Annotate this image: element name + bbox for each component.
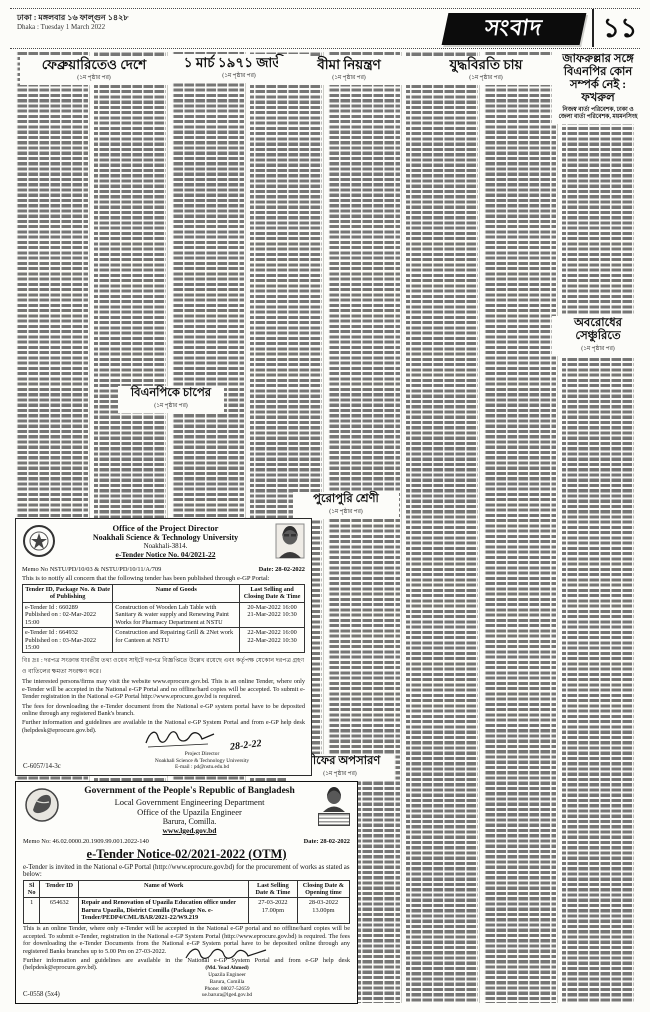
dateline-english: Dhaka : Tuesday 1 March 2022 <box>17 23 128 32</box>
notice2-tender-table: Sl No Tender ID Name of Work Last Sellin… <box>23 880 350 924</box>
body-text-column <box>406 52 478 1003</box>
mujib-100-badge <box>318 813 350 826</box>
masthead-logo: সংবাদ <box>442 13 587 45</box>
continued-note: (১ম পৃষ্ঠার পর) <box>416 73 556 83</box>
notice1-signature-block: 28-2-22 Project Director Noakhali Scienc… <box>127 727 277 771</box>
body-text-column <box>484 52 556 1003</box>
notice1-memo-row: Memo No NSTU/PD/10/03 & NSTU/PD/10/11/A/… <box>22 566 305 573</box>
page-number: ১১ <box>597 9 643 47</box>
table-header-row: Tender ID, Package No. & Date of Publish… <box>23 585 305 603</box>
col-header: Closing Date & Opening time <box>297 880 349 898</box>
table-header-row: Sl No Tender ID Name of Work Last Sellin… <box>24 880 350 898</box>
col-header: Sl No <box>24 880 40 898</box>
notice2-header: Government of the People's Republic of B… <box>23 786 350 836</box>
col-header: Tender ID, Package No. & Date of Publish… <box>23 585 113 603</box>
dateline: ঢাকা : মঙ্গলবার ১৬ ফাল্গুন ১৪২৮ Dhaka : … <box>17 13 128 32</box>
continued-note: (১ম পৃষ্ঠার পর) <box>119 401 223 411</box>
headline-bnp-ke-chaper: বিএনপিকে চাপের (১ম পৃষ্ঠার পর) <box>118 386 224 413</box>
top-dotted-rule <box>10 8 640 9</box>
notice1-org-block: Office of the Project Director Noakhali … <box>56 523 275 560</box>
headline-zafrullah-bnp-fakhrul: জাফরুল্লার সঙ্গে বিএনপির কোন সম্পর্ক নেই… <box>552 52 644 124</box>
notice1-tender-table: Tender ID, Package No. & Date of Publish… <box>22 584 305 653</box>
signer-line: E-mail : pd@nstu.edu.bd <box>127 764 277 771</box>
lged-logo-icon <box>23 786 61 829</box>
signer-line: ue.barura@lged.gov.bd <box>157 992 297 999</box>
headline-title: পুরোপুরি শ্রেণী <box>294 493 398 506</box>
org-line: Local Government Engineering Department <box>64 797 315 807</box>
goods-cell: Construction of Wooden Lab Table with Sa… <box>113 602 240 627</box>
notice2-memo-row: Memo No: 46.02.0000.20.1909.99.001.2022-… <box>23 838 350 845</box>
byline-line-1: নিজস্ব বার্তা পরিবেশক, ঢাকা ও <box>553 107 643 115</box>
tender-id-cell: 654632 <box>40 898 79 923</box>
dates-cell: 20-Mar-2022 16:00 21-Mar-2022 10:30 <box>240 602 305 627</box>
column-rule <box>479 52 480 1003</box>
headline-februaryteo-deshe: ফেব্রুয়ারিতেও দেশে (১ম পৃষ্ঠার পর) <box>20 56 168 85</box>
signer-designation: Project Director Noakhali Science & Tech… <box>127 751 277 771</box>
table-row: 1 654632 Repair and Renovation of Upazil… <box>24 898 350 923</box>
goods-cell: Construction and Repairing Grill & 2Net … <box>113 628 240 653</box>
signer-line: Phone: 08027-52659 <box>157 986 297 993</box>
notice2-ad-code: C-0558 (5x4) <box>23 991 60 998</box>
continued-note: (১ম পৃষ্ঠার পর) <box>279 73 419 83</box>
body-text-column <box>562 52 634 1003</box>
notice1-intro: This is to notify all concern that the f… <box>22 575 305 582</box>
bangabandhu-photo-icon <box>275 523 305 564</box>
signer-line: Project Director <box>127 751 277 758</box>
work-name-cell: Repair and Renovation of Upazila Educati… <box>79 898 249 923</box>
org-line: Government of the People's Republic of B… <box>64 786 315 797</box>
header-divider <box>592 9 594 47</box>
dateline-bengali: ঢাকা : মঙ্গলবার ১৬ ফাল্গুন ১৪২৮ <box>17 13 128 23</box>
dates-cell: 22-Mar-2022 16:00 22-Mar-2022 10:30 <box>240 628 305 653</box>
notice2-title: e-Tender Notice-02/2021-2022 (OTM) <box>23 847 350 862</box>
table-row: e-Tender Id : 664932 Published on : 03-M… <box>23 628 305 653</box>
nstu-tender-notice: Office of the Project Director Noakhali … <box>15 518 312 776</box>
sl-no-cell: 1 <box>24 898 40 923</box>
memo-number: Memo No NSTU/PD/10/03 & NSTU/PD/10/11/A/… <box>22 566 161 573</box>
headline-title: জাফরুল্লার সঙ্গে বিএনপির কোন সম্পর্ক নেই… <box>553 53 643 105</box>
signer-line: Barura, Comilla <box>157 979 297 986</box>
notice1-header: Office of the Project Director Noakhali … <box>22 523 305 564</box>
signer-line: Noakhali Science & Technology University <box>127 758 277 765</box>
masthead-title: সংবাদ <box>483 11 545 48</box>
last-selling-cell: 27-03-2022 17.00pm <box>248 898 297 923</box>
col-header: Last Selling and Closing Date & Time <box>240 585 305 603</box>
signature-icon <box>142 727 226 751</box>
tender-id-cell: e-Tender Id : 664932 Published on : 03-M… <box>23 628 113 653</box>
headline-title: যুদ্ধবিরতি চায় <box>416 57 556 72</box>
memo-date: Date: 28-02-2022 <box>259 566 305 573</box>
signature-row: 28-2-22 <box>127 727 277 751</box>
headline-bima-niyantran: বীমা নিয়ন্ত্রণ (১ম পৃষ্ঠার পর) <box>278 56 420 85</box>
continued-note: (১ম পৃষ্ঠার পর) <box>294 507 398 517</box>
notice1-ad-code: C-6057/14-3c <box>23 763 61 770</box>
headline-title: ফেব্রুয়ারিতেও দেশে <box>21 57 167 72</box>
col-header: Name of Work <box>79 880 249 898</box>
notice2-org-block: Government of the People's Republic of B… <box>61 786 318 836</box>
column-rule <box>401 52 402 1003</box>
headline-title: বীমা নিয়ন্ত্রণ <box>279 57 419 72</box>
notice2-signature-block: (Md. Yead Ahmed) Upazila Engineer Barura… <box>157 945 297 999</box>
col-header: Tender ID <box>40 880 79 898</box>
col-header: Last Selling Date & Time <box>248 880 297 898</box>
headline-puropuri-sreni: পুরোপুরি শ্রেণী (১ম পৃষ্ঠার পর) <box>293 492 399 519</box>
closing-date-cell: 28-03-2022 13.00pm <box>297 898 349 923</box>
nstu-logo-icon <box>22 523 56 564</box>
memo-date: Date: 28-02-2022 <box>304 838 350 845</box>
signature-icon <box>182 945 272 965</box>
org-tender-no: e-Tender Notice No. 04/2021-22 <box>59 551 272 560</box>
col-header: Name of Goods <box>113 585 240 603</box>
org-line: Noakhali Science & Technology University <box>59 533 272 542</box>
org-line: Office of the Upazila Engineer <box>64 807 315 817</box>
continued-note: (১ম পৃষ্ঠার পর) <box>553 344 643 354</box>
tender-id-cell: e-Tender Id : 660289 Published on : 02-M… <box>23 602 113 627</box>
memo-number: Memo No: 46.02.0000.20.1909.99.001.2022-… <box>23 838 149 845</box>
column-rule <box>557 52 558 1003</box>
byline-line-2: জেলা বার্তা পরিবেশক, ময়মনসিংহ <box>553 114 643 122</box>
notice1-paragraph: The fees for downloading the e-Tender do… <box>22 703 305 718</box>
newspaper-page: ঢাকা : মঙ্গলবার ১৬ ফাল্গুন ১৪২৮ Dhaka : … <box>0 0 650 1012</box>
signer-line: Upazila Engineer <box>157 972 297 979</box>
header-bottom-dotted-rule <box>10 48 640 49</box>
headline-juddhobiroti-chay: যুদ্ধবিরতি চায় (১ম পৃষ্ঠার পর) <box>415 56 557 85</box>
signer-designation: (Md. Yead Ahmed) Upazila Engineer Barura… <box>157 965 297 999</box>
signer-line: (Md. Yead Ahmed) <box>157 965 297 972</box>
table-row: e-Tender Id : 660289 Published on : 02-M… <box>23 602 305 627</box>
continued-note: (১ম পৃষ্ঠার পর) <box>21 73 167 83</box>
notice2-intro: e-Tender is invited in the National e-GP… <box>23 864 350 878</box>
headline-title: বিএনপিকে চাপের <box>119 387 223 400</box>
headline-abarodher-sentuary: অবরোধের সেঞ্চুরিতে (১ম পৃষ্ঠার পর) <box>552 316 644 356</box>
notice1-bengali-note: বিঃ দ্রঃ : দরপত্র সংক্রান্ত যাবতীয় তথ্য… <box>22 655 305 677</box>
org-line: Office of the Project Director <box>59 523 272 533</box>
lged-tender-notice: Government of the People's Republic of B… <box>15 781 358 1004</box>
notice1-paragraph: The interested persons/firms may visit t… <box>22 678 305 701</box>
org-website: www.lged.gov.bd <box>64 827 315 836</box>
headline-title: অবরোধের সেঞ্চুরিতে <box>553 317 643 343</box>
signature-row <box>157 945 297 965</box>
mujib-borsho-badge-icon <box>318 786 350 826</box>
